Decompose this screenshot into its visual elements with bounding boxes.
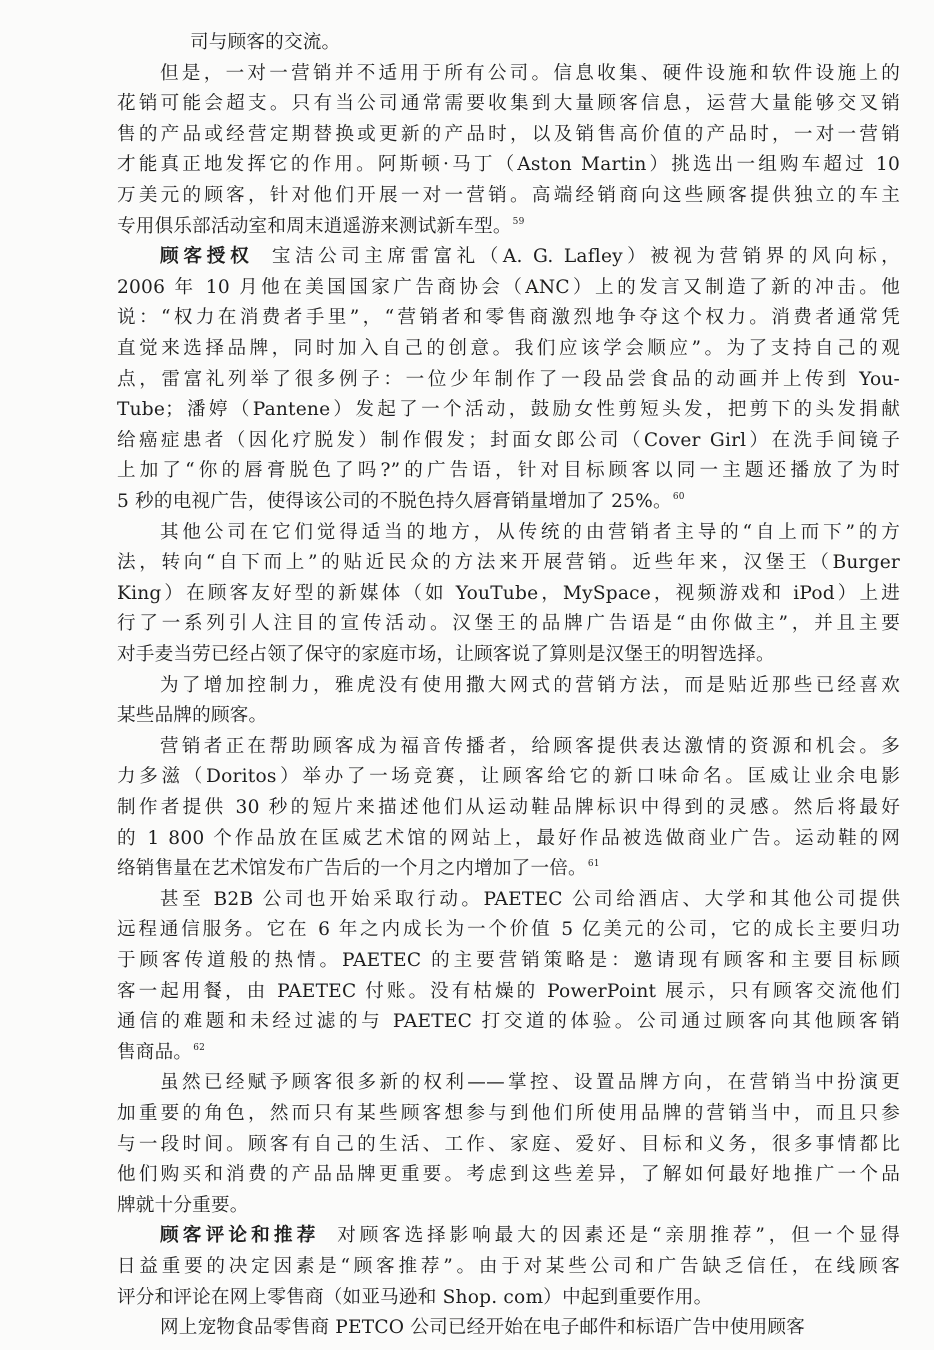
line-text: 络销售量在艺术馆发布广告后的一个月之内增加了一倍。: [117, 858, 587, 879]
line-text: 售的产品或经营定期替换或更新的产品时，以及销售高价值的产品时，一对一营销: [117, 124, 900, 145]
text-line: 说：“权力在消费者手里”，“营销者和零售商激烈地争夺这个权力。消费者通常凭: [117, 303, 900, 333]
text-line: 于顾客传道般的热情。PAETEC 的主要营销策略是：邀请现有顾客和主要目标顾: [117, 946, 900, 976]
text-line: 为了增加控制力，雅虎没有使用撒大网式的营销方法，而是贴近那些已经喜欢: [160, 671, 900, 701]
line-text: 但是，一对一营销并不适用于所有公司。信息收集、硬件设施和软件设施上的: [160, 63, 900, 84]
paragraph-line-with-heading: 顾客授权宝洁公司主席雷富礼（A. G. Lafley）被视为营销界的风向标，: [160, 242, 900, 272]
text-line: 专用俱乐部活动室和周末逍遥游来测试新车型。59: [117, 212, 900, 242]
text-line: 2006 年 10 月他在美国国家广告商协会（ANC）上的发言又制造了新的冲击。…: [117, 273, 900, 303]
line-text: Tube；潘婷（Pantene）发起了一个活动，鼓励女性剪短头发，把剪下的头发捐…: [117, 399, 900, 420]
line-text: 的 1 800 个作品放在匡威艺术馆的网站上，最好作品被选做商业广告。运动鞋的网: [117, 828, 900, 849]
text-line: 直觉来选择品牌，同时加入自己的创意。我们应该学会顺应”。为了支持自己的观: [117, 334, 900, 364]
line-text: 为了增加控制力，雅虎没有使用撒大网式的营销方法，而是贴近那些已经喜欢: [160, 675, 900, 696]
text-line: 力多滋（Doritos）举办了一场竞赛，让顾客给它的新口味命名。匡威让业余电影: [117, 762, 900, 792]
line-text: 客一起用餐，由 PAETEC 付账。没有枯燥的 PowerPoint 展示，只有…: [117, 981, 900, 1002]
text-line: 客一起用餐，由 PAETEC 付账。没有枯燥的 PowerPoint 展示，只有…: [117, 977, 900, 1007]
text-line: 某些品牌的顾客。: [117, 701, 900, 731]
text-line: 点，雷富礼列举了很多例子：一位少年制作了一段品尝食品的动画并上传到 You-: [117, 365, 900, 395]
line-text: 2006 年 10 月他在美国国家广告商协会（ANC）上的发言又制造了新的冲击。…: [117, 277, 900, 298]
line-text: 售商品。: [117, 1042, 192, 1063]
line-text: 司与顾客的交流。: [190, 32, 340, 53]
text-line: King）在顾客友好型的新媒体（如 YouTube，MySpace，视频游戏和 …: [117, 579, 900, 609]
line-text: 日益重要的决定因素是“顾客推荐”。由于对某些公司和广告缺乏信任，在线顾客: [117, 1256, 900, 1277]
paragraph-line-with-heading: 顾客评论和推荐对顾客选择影响最大的因素还是“亲朋推荐”，但一个显得: [160, 1221, 900, 1251]
line-text: 于顾客传道般的热情。PAETEC 的主要营销策略是：邀请现有顾客和主要目标顾: [117, 950, 900, 971]
line-text: King）在顾客友好型的新媒体（如 YouTube，MySpace，视频游戏和 …: [117, 583, 900, 604]
text-line: 络销售量在艺术馆发布广告后的一个月之内增加了一倍。61: [117, 854, 900, 884]
line-text: 加重要的角色，然而只有某些顾客想参与到他们所使用品牌的营销当中，而且只参: [117, 1103, 900, 1124]
line-text: 专用俱乐部活动室和周末逍遥游来测试新车型。: [117, 216, 512, 237]
text-line: 行了一系列引人注目的宣传活动。汉堡王的品牌广告语是“由你做主”，并且主要: [117, 609, 900, 639]
text-line: 加重要的角色，然而只有某些顾客想参与到他们所使用品牌的营销当中，而且只参: [117, 1099, 900, 1129]
text-line: 制作者提供 30 秒的短片来描述他们从运动鞋品牌标识中得到的灵感。然后将最好: [117, 793, 900, 823]
line-text: 远程通信服务。它在 6 年之内成长为一个价值 5 亿美元的公司，它的成长主要归功: [117, 919, 900, 940]
line-text: 对顾客选择影响最大的因素还是“亲朋推荐”，但一个显得: [334, 1225, 900, 1246]
text-line: 万美元的顾客，针对他们开展一对一营销。高端经销商向这些顾客提供独立的车主: [117, 181, 900, 211]
line-text: 虽然已经赋予顾客很多新的权利——掌控、设置品牌方向，在营销当中扮演更: [160, 1072, 900, 1093]
text-line: 司与顾客的交流。: [190, 28, 900, 58]
text-line: 营销者正在帮助顾客成为福音传播者，给顾客提供表达激情的资源和机会。多: [160, 732, 900, 762]
text-line: 法，转向“自下而上”的贴近民众的方法来开展营销。近些年来，汉堡王（Burger: [117, 548, 900, 578]
text-line: 远程通信服务。它在 6 年之内成长为一个价值 5 亿美元的公司，它的成长主要归功: [117, 915, 900, 945]
line-text: 力多滋（Doritos）举办了一场竞赛，让顾客给它的新口味命名。匡威让业余电影: [117, 766, 900, 787]
line-text: 法，转向“自下而上”的贴近民众的方法来开展营销。近些年来，汉堡王（Burger: [117, 552, 900, 573]
run-in-heading: 顾客评论和推荐: [160, 1225, 320, 1246]
line-text: 给癌症患者（因化疗脱发）制作假发；封面女郎公司（Cover Girl）在洗手间镜…: [117, 430, 900, 451]
text-line: 售商品。62: [117, 1038, 900, 1068]
text-line: 花销可能会超支。只有当公司通常需要收集到大量顾客信息，运营大量能够交叉销: [117, 89, 900, 119]
text-line: 日益重要的决定因素是“顾客推荐”。由于对某些公司和广告缺乏信任，在线顾客: [117, 1252, 900, 1282]
line-text: 点，雷富礼列举了很多例子：一位少年制作了一段品尝食品的动画并上传到 You-: [117, 369, 900, 390]
line-text: 他们购买和消费的产品品牌更重要。考虑到这些差异，了解如何最好地推广一个品: [117, 1164, 900, 1185]
line-text: 花销可能会超支。只有当公司通常需要收集到大量顾客信息，运营大量能够交叉销: [117, 93, 900, 114]
text-line: 才能真正地发挥它的作用。阿斯顿·马丁（Aston Martin）挑选出一组购车超…: [117, 150, 900, 180]
line-text: 甚至 B2B 公司也开始采取行动。PAETEC 公司给酒店、大学和其他公司提供: [160, 889, 900, 910]
line-text: 5 秒的电视广告，使得该公司的不脱色持久唇膏销量增加了 25%。: [117, 491, 672, 512]
line-text: 与一段时间。顾客有自己的生活、工作、家庭、爱好、目标和义务，很多事情都比: [117, 1134, 900, 1155]
text-line: 牌就十分重要。: [117, 1191, 900, 1221]
footnote-marker: 59: [513, 217, 525, 227]
line-text: 网上宠物食品零售商 PETCO 公司已经开始在电子邮件和标语广告中使用顾客: [160, 1317, 805, 1338]
text-line: 与一段时间。顾客有自己的生活、工作、家庭、爱好、目标和义务，很多事情都比: [117, 1130, 900, 1160]
text-line: 给癌症患者（因化疗脱发）制作假发；封面女郎公司（Cover Girl）在洗手间镜…: [117, 426, 900, 456]
line-text: 万美元的顾客，针对他们开展一对一营销。高端经销商向这些顾客提供独立的车主: [117, 185, 900, 206]
text-line: Tube；潘婷（Pantene）发起了一个活动，鼓励女性剪短头发，把剪下的头发捐…: [117, 395, 900, 425]
footnote-marker: 62: [193, 1043, 205, 1053]
line-text: 对手麦当劳已经占领了保守的家庭市场，让顾客说了算则是汉堡王的明智选择。: [117, 644, 775, 665]
footnote-marker: 61: [588, 859, 600, 869]
text-line: 虽然已经赋予顾客很多新的权利——掌控、设置品牌方向，在营销当中扮演更: [160, 1068, 900, 1098]
line-text: 才能真正地发挥它的作用。阿斯顿·马丁（Aston Martin）挑选出一组购车超…: [117, 154, 900, 175]
line-text: 行了一系列引人注目的宣传活动。汉堡王的品牌广告语是“由你做主”，并且主要: [117, 613, 900, 634]
line-text: 某些品牌的顾客。: [117, 705, 267, 726]
line-text: 直觉来选择品牌，同时加入自己的创意。我们应该学会顺应”。为了支持自己的观: [117, 338, 900, 359]
text-line: 他们购买和消费的产品品牌更重要。考虑到这些差异，了解如何最好地推广一个品: [117, 1160, 900, 1190]
text-line: 通信的难题和未经过滤的与 PAETEC 打交道的体验。公司通过顾客向其他顾客销: [117, 1007, 900, 1037]
line-text: 上加了“你的唇膏脱色了吗?”的广告语，针对目标顾客以同一主题还播放了为时: [117, 460, 900, 481]
text-line: 售的产品或经营定期替换或更新的产品时，以及销售高价值的产品时，一对一营销: [117, 120, 900, 150]
line-text: 营销者正在帮助顾客成为福音传播者，给顾客提供表达激情的资源和机会。多: [160, 736, 900, 757]
line-text: 牌就十分重要。: [117, 1195, 249, 1216]
text-line: 但是，一对一营销并不适用于所有公司。信息收集、硬件设施和软件设施上的: [160, 59, 900, 89]
line-text: 说：“权力在消费者手里”，“营销者和零售商激烈地争夺这个权力。消费者通常凭: [117, 307, 900, 328]
text-line: 5 秒的电视广告，使得该公司的不脱色持久唇膏销量增加了 25%。60: [117, 487, 900, 517]
text-line: 上加了“你的唇膏脱色了吗?”的广告语，针对目标顾客以同一主题还播放了为时: [117, 456, 900, 486]
run-in-heading: 顾客授权: [160, 246, 254, 267]
text-line: 其他公司在它们觉得适当的地方，从传统的由营销者主导的“自上而下”的方: [160, 518, 900, 548]
text-line: 评分和评论在网上零售商（如亚马逊和 Shop. com）中起到重要作用。: [117, 1283, 900, 1313]
text-line: 的 1 800 个作品放在匡威艺术馆的网站上，最好作品被选做商业广告。运动鞋的网: [117, 824, 900, 854]
line-text: 通信的难题和未经过滤的与 PAETEC 打交道的体验。公司通过顾客向其他顾客销: [117, 1011, 900, 1032]
line-text: 宝洁公司主席雷富礼（A. G. Lafley）被视为营销界的风向标，: [268, 246, 900, 267]
text-line: 甚至 B2B 公司也开始采取行动。PAETEC 公司给酒店、大学和其他公司提供: [160, 885, 900, 915]
text-line: 对手麦当劳已经占领了保守的家庭市场，让顾客说了算则是汉堡王的明智选择。: [117, 640, 900, 670]
document-page: 司与顾客的交流。但是，一对一营销并不适用于所有公司。信息收集、硬件设施和软件设施…: [0, 0, 934, 1350]
line-text: 评分和评论在网上零售商（如亚马逊和 Shop. com）中起到重要作用。: [117, 1287, 712, 1308]
footnote-marker: 60: [673, 492, 685, 502]
text-line: 网上宠物食品零售商 PETCO 公司已经开始在电子邮件和标语广告中使用顾客: [160, 1313, 900, 1343]
line-text: 制作者提供 30 秒的短片来描述他们从运动鞋品牌标识中得到的灵感。然后将最好: [117, 797, 900, 818]
line-text: 其他公司在它们觉得适当的地方，从传统的由营销者主导的“自上而下”的方: [160, 522, 900, 543]
